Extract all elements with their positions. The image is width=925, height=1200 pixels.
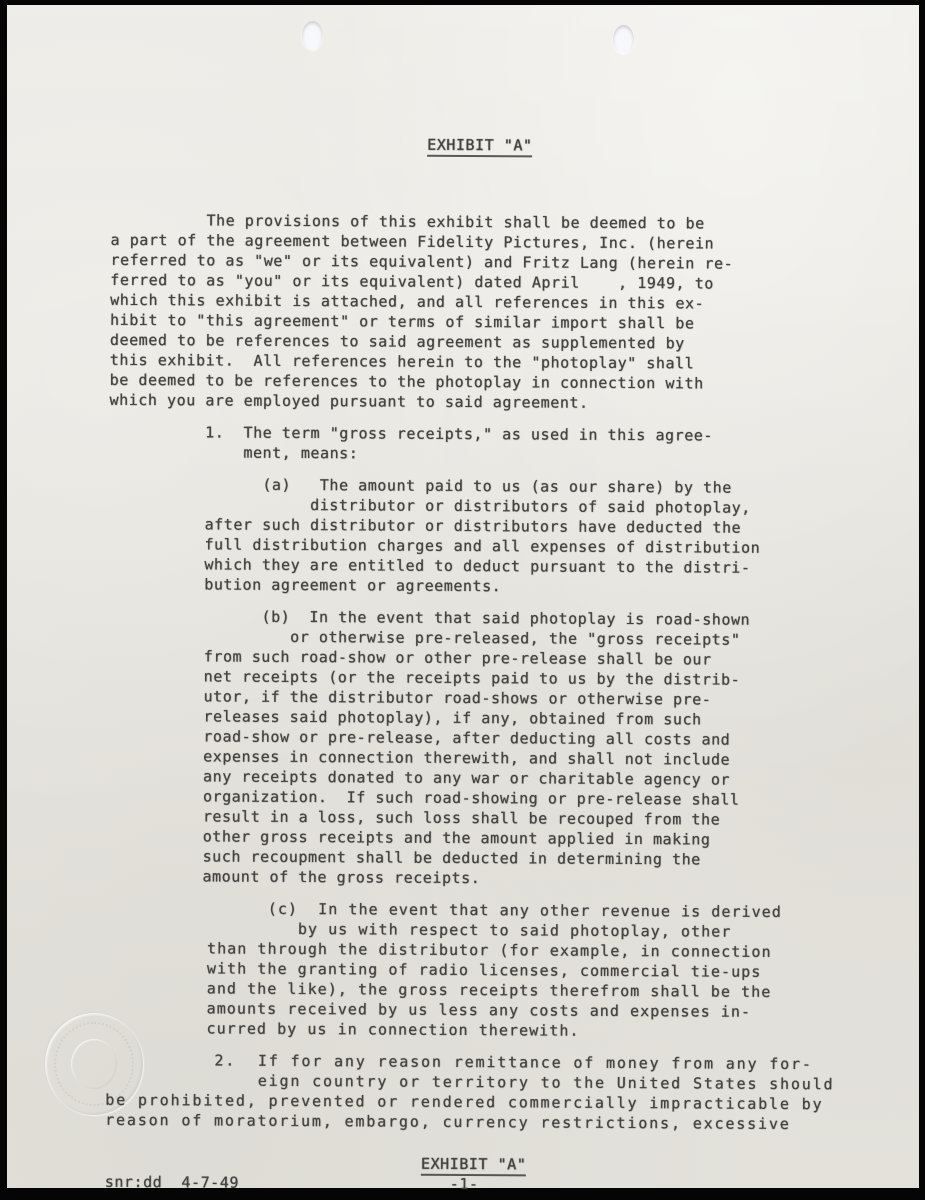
paragraph-a: (a) The amount paid to us (as our share)… <box>108 474 916 599</box>
footer-page-number: -1- <box>450 1174 479 1194</box>
typed-line: which you are employed pursuant to said … <box>110 390 917 415</box>
document-body: The provisions of this exhibit shall be … <box>105 210 918 1135</box>
typed-line: bution agreement or agreements. <box>108 574 915 599</box>
typed-content: EXHIBIT "A" The provisions of this exhib… <box>0 2 919 1191</box>
paragraph-intro: The provisions of this exhibit shall be … <box>110 210 918 415</box>
document-title-text: EXHIBIT "A" <box>427 136 533 158</box>
footer-line: snr:dd 4-7-49-1- <box>105 1172 912 1197</box>
typist-reference: snr:dd 4-7-49 <box>105 1173 239 1192</box>
typed-line: curred by us in connection therewith. <box>106 1018 913 1043</box>
paragraph-b: (b) In the event that said photoplay is … <box>107 606 916 891</box>
paragraph-2: 2. If for any reason remittance of money… <box>105 1050 912 1135</box>
document-page: EXHIBIT "A" The provisions of this exhib… <box>7 5 919 1188</box>
typed-line: amount of the gross receipts. <box>107 866 914 891</box>
scan-border: EXHIBIT "A" The provisions of this exhib… <box>0 0 925 1200</box>
paragraph-c: (c) In the event that any other revenue … <box>106 898 914 1043</box>
typed-line: ment, means: <box>109 442 916 467</box>
paragraph-1: 1. The term "gross receipts," as used in… <box>109 422 916 467</box>
document-title: EXHIBIT "A" <box>111 133 918 158</box>
